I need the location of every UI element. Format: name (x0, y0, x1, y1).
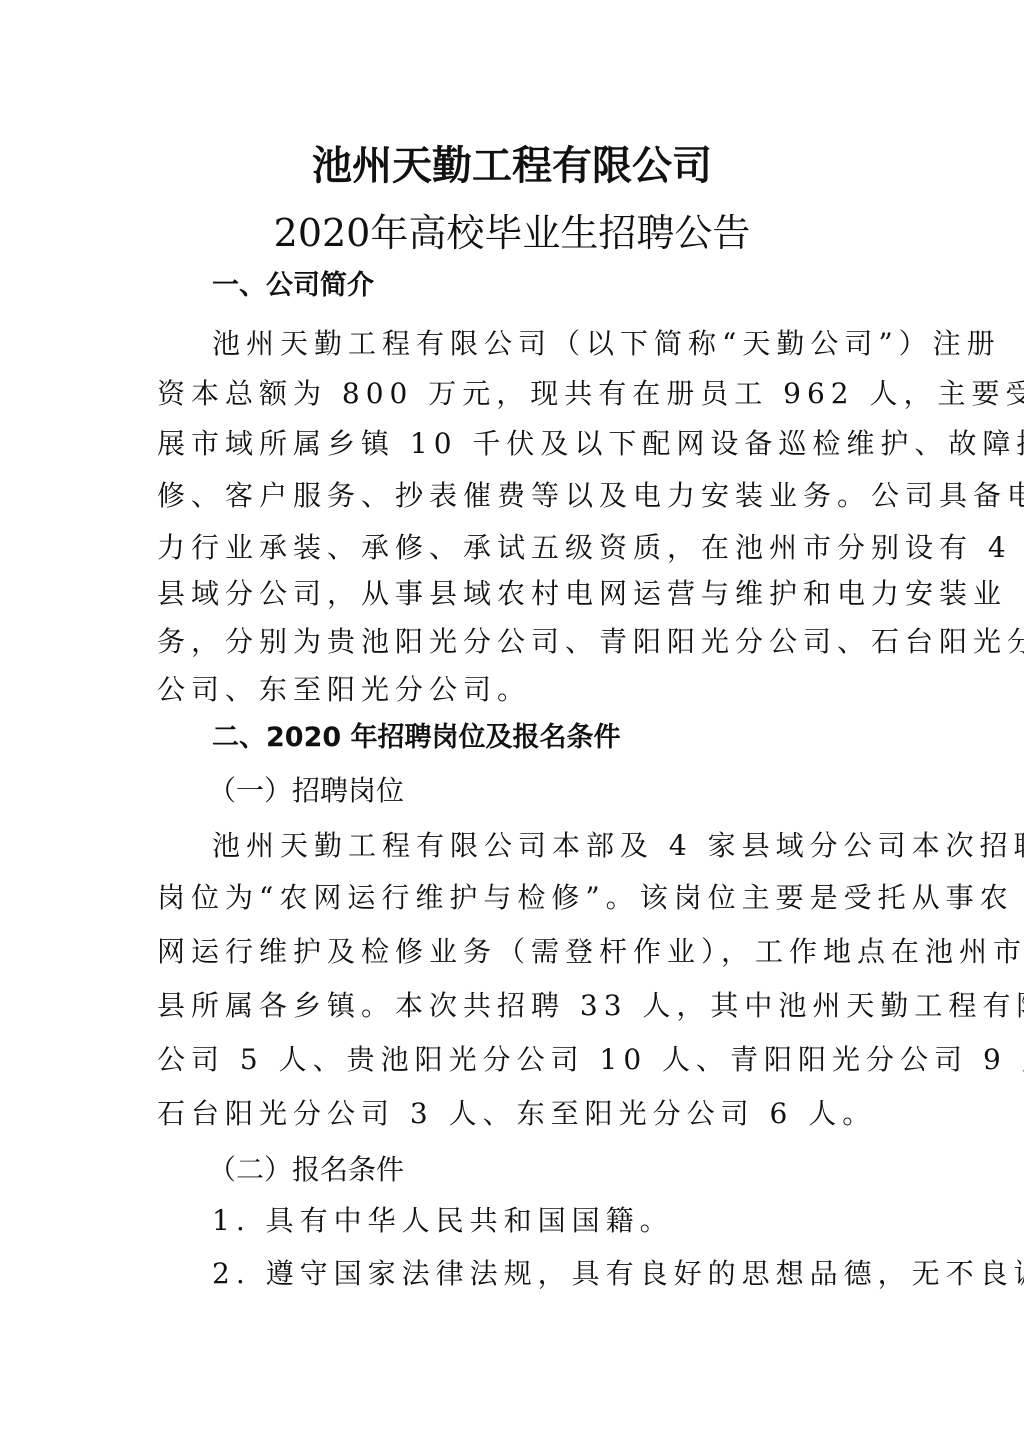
section-heading-positions-and-requirements: 二、2020 年招聘岗位及报名条件 (212, 724, 621, 751)
section-heading-company-intro: 一、公司简介 (212, 272, 374, 299)
paragraph-line: 公司、东至阳光分公司。 (157, 676, 531, 704)
paragraph-line: 修、客户服务、抄表催费等以及电力安装业务。公司具备电 (157, 482, 1024, 510)
document-subtitle: 2020年高校毕业生招聘公告 (0, 214, 1024, 252)
document-title: 池州天勤工程有限公司 (0, 146, 1024, 186)
paragraph-line: 力行业承装、承修、承试五级资质，在池州市分别设有 4 家 (157, 534, 1024, 562)
paragraph-line: 网运行维护及检修业务（需登杆作业），工作地点在池州市 (157, 938, 1024, 966)
paragraph-line: 池州天勤工程有限公司（以下简称“天勤公司”）注册 (212, 330, 1001, 358)
paragraph-line: 展市域所属乡镇 10 千伏及以下配网设备巡检维护、故障抢 (157, 430, 1024, 458)
subsection-heading-positions: （一）招聘岗位 (208, 777, 404, 805)
paragraph-line: 资本总额为 800 万元，现共有在册员工 962 人，主要受托开 (157, 380, 1024, 408)
paragraph-line: 池州天勤工程有限公司本部及 4 家县域分公司本次招聘 (212, 832, 1024, 860)
paragraph-line: 县域分公司，从事县域农村电网运营与维护和电力安装业 (157, 580, 1007, 608)
paragraph-line: 公司 5 人、贵池阳光分公司 10 人、青阳阳光分公司 9 人、 (157, 1046, 1024, 1074)
subsection-heading-requirements: （二）报名条件 (208, 1156, 404, 1184)
paragraph-line: 石台阳光分公司 3 人、东至阳光分公司 6 人。 (157, 1100, 876, 1128)
requirement-item: 2. 遵守国家法律法规，具有良好的思想品德，无不良诚 (212, 1260, 1024, 1288)
document-page: 池州天勤工程有限公司 2020年高校毕业生招聘公告 一、公司简介 池州天勤工程有… (0, 0, 1024, 1448)
paragraph-line: 务，分别为贵池阳光分公司、青阳阳光分公司、石台阳光分 (157, 628, 1024, 656)
paragraph-line: 县所属各乡镇。本次共招聘 33 人，其中池州天勤工程有限 (157, 992, 1024, 1020)
paragraph-line: 岗位为“农网运行维护与检修”。该岗位主要是受托从事农 (157, 884, 1014, 912)
requirement-item: 1. 具有中华人民共和国国籍。 (212, 1207, 674, 1235)
